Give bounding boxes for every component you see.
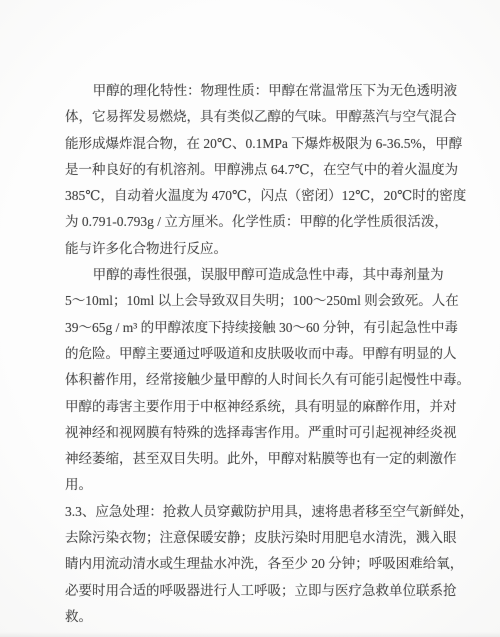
text-line: 救。: [65, 604, 435, 630]
text-line: 为 0.791-0.793g / 立方厘米。化学性质：甲醇的化学性质很活泼，: [65, 209, 435, 235]
text-line: 睛内用流动清水或生理盐水冲洗，各至少 20 分钟；呼吸困难给氧，: [65, 551, 435, 577]
text-line: 甲醇的理化特性：物理性质：甲醇在常温常压下为无色透明液: [65, 78, 435, 104]
text-line: 必要时用合适的呼吸器进行人工呼吸；立即与医疗急救单位联系抢: [65, 578, 435, 604]
text-line: 能形成爆炸混合物，在 20℃、0.1MPa 下爆炸极限为 6-36.5%，甲醇: [65, 131, 435, 157]
text-line: 体积蓄作用，经常接触少量甲醇的人时间长久有可能引起慢性中毒。: [65, 367, 435, 393]
text-line: 甲醇的毒性很强，误服甲醇可造成急性中毒，其中毒剂量为: [65, 262, 435, 288]
text-line: 视神经和视网膜有特殊的选择毒害作用。严重时可引起视神经炎视: [65, 420, 435, 446]
text-line: 5～10ml；10ml 以上会导致双目失明；100～250ml 则会致死。人在: [65, 288, 435, 314]
text-line: 的危险。甲醇主要通过呼吸道和皮肤吸收而中毒。甲醇有明显的人: [65, 341, 435, 367]
document-page: 甲醇的理化特性：物理性质：甲醇在常温常压下为无色透明液 体，它易挥发易燃烧，具有…: [0, 0, 500, 637]
text-line: 39～65g / m³ 的甲醇浓度下持续接触 30～60 分钟，有引起急性中毒: [65, 315, 435, 341]
text-line: 体，它易挥发易燃烧，具有类似乙醇的气味。甲醇蒸汽与空气混合: [65, 104, 435, 130]
text-line: 用。: [65, 472, 435, 498]
document-text-block: 甲醇的理化特性：物理性质：甲醇在常温常压下为无色透明液 体，它易挥发易燃烧，具有…: [65, 78, 435, 630]
text-line: 能与许多化合物进行反应。: [65, 236, 435, 262]
text-line: 385℃，自动着火温度为 470℃，闪点（密闭）12℃，20℃时的密度: [65, 183, 435, 209]
text-line: 3.3、应急处理：抢救人员穿戴防护用具，速将患者移至空气新鲜处，: [65, 499, 435, 525]
text-line: 去除污染衣物；注意保暖安静；皮肤污染时用肥皂水清洗，溅入眼: [65, 525, 435, 551]
text-line: 甲醇的毒害主要作用于中枢神经系统，具有明显的麻醉作用，并对: [65, 394, 435, 420]
text-line: 是一种良好的有机溶剂。甲醇沸点 64.7℃，在空气中的着火温度为: [65, 157, 435, 183]
text-line: 神经萎缩，甚至双目失明。此外，甲醇对粘膜等也有一定的刺激作: [65, 446, 435, 472]
